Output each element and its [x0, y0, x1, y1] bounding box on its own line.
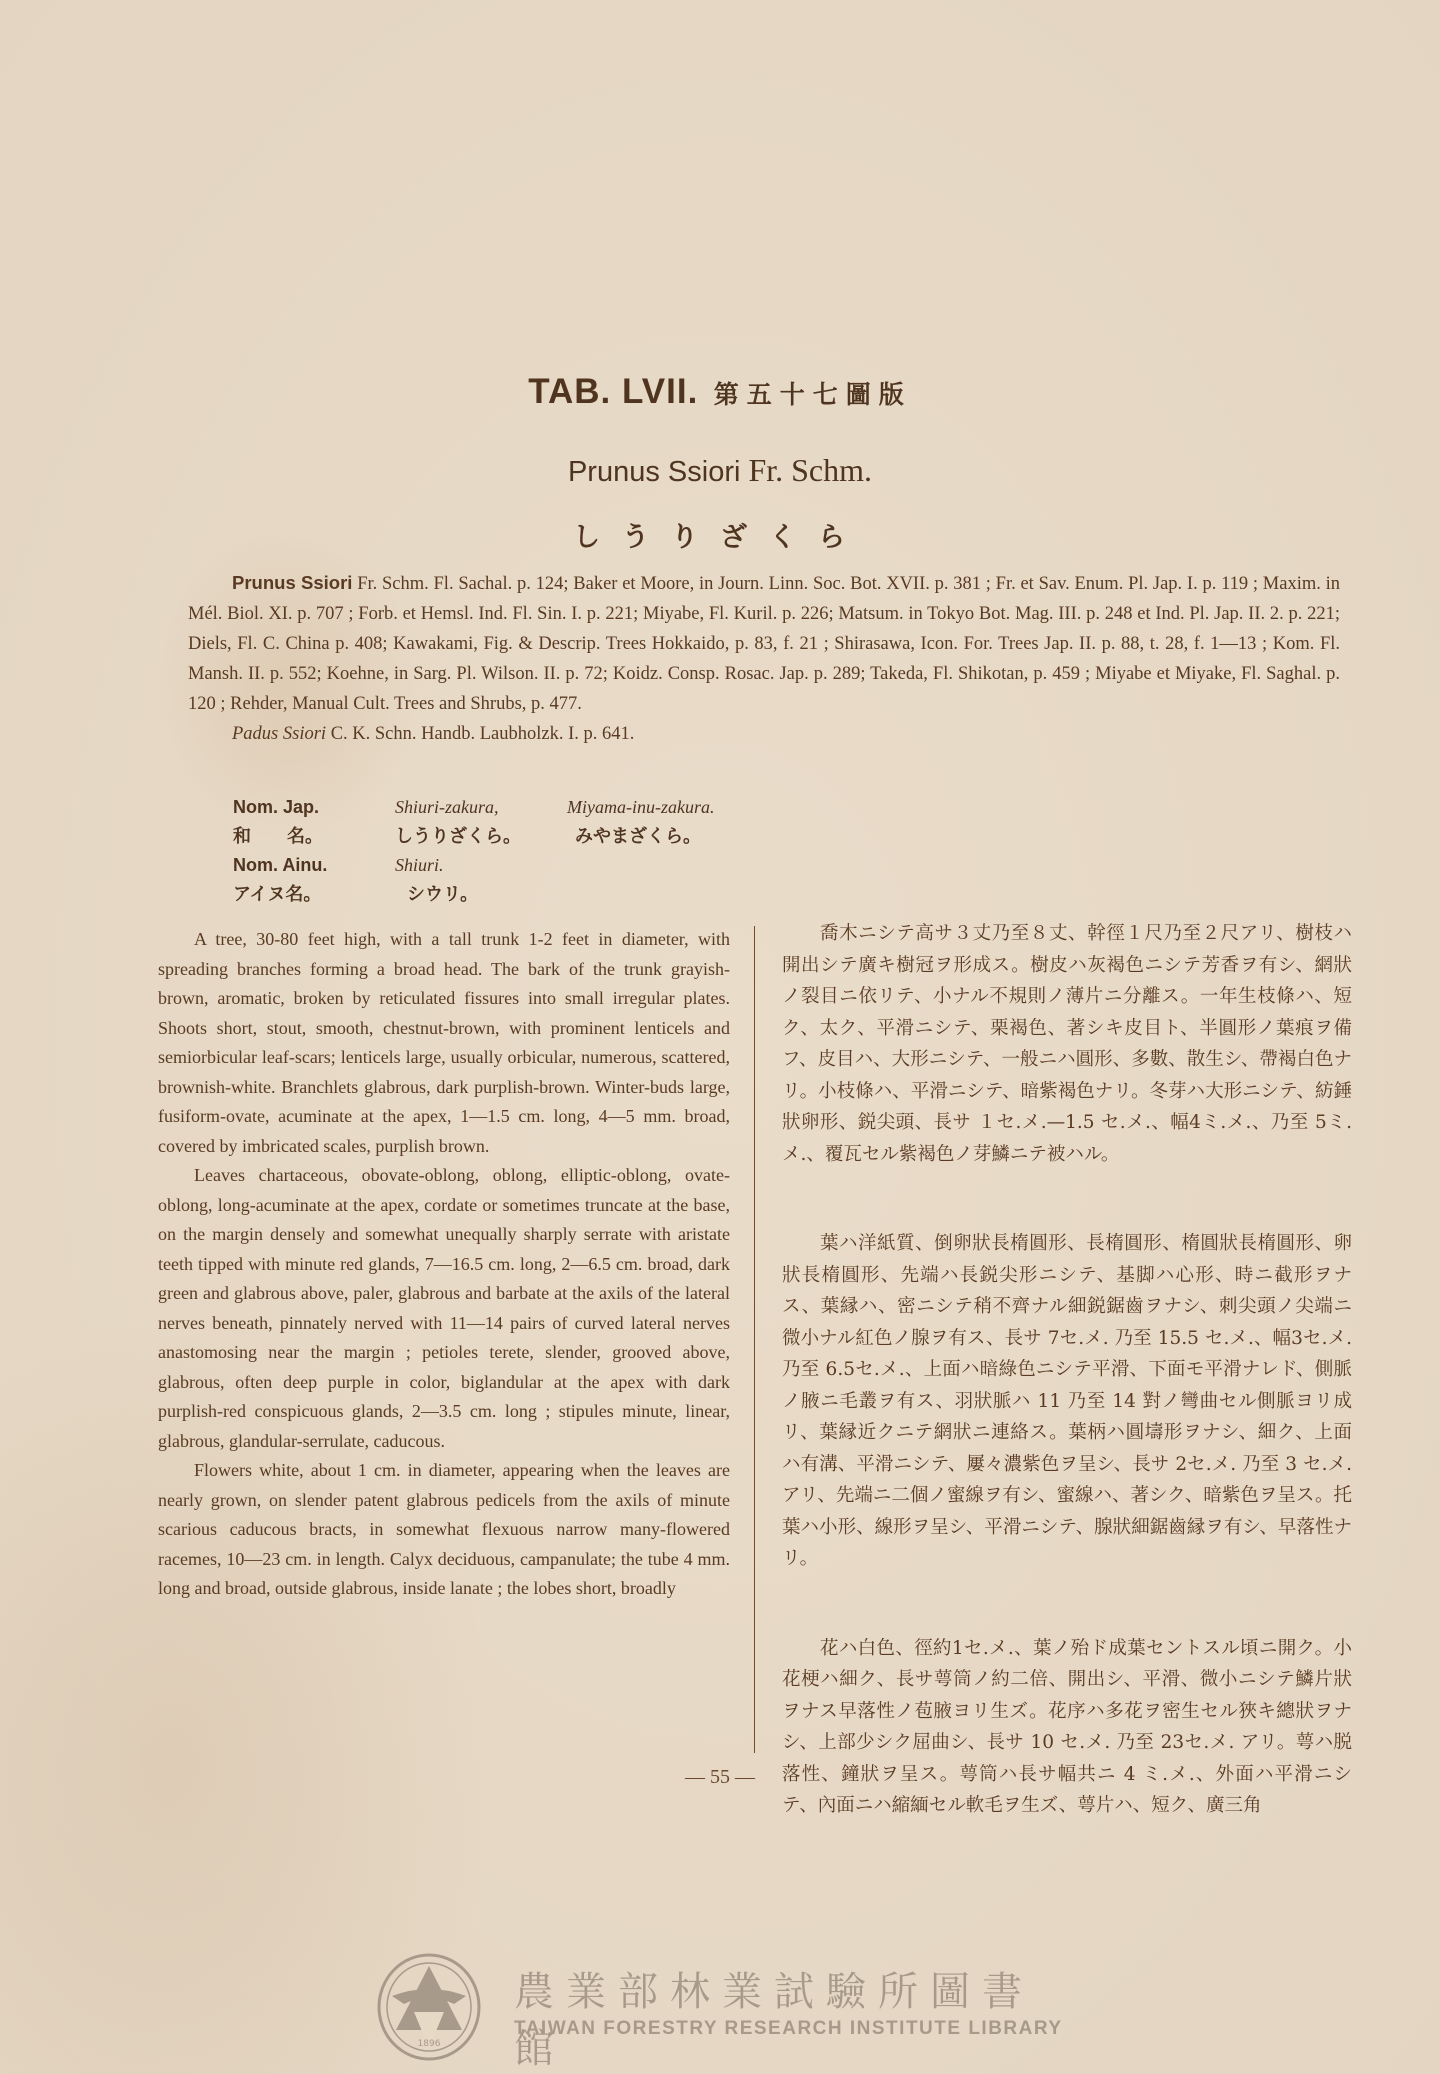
- japanese-common-name: しうりざくら: [0, 515, 1440, 554]
- nom-ainu-value: Shiuri.: [395, 851, 555, 880]
- library-watermark: 1896 農業部林業試驗所圖書館 TAIWAN FORESTRY RESEARC…: [374, 1952, 1074, 2062]
- english-paragraph-habit: A tree, 30-80 feet high, with a tall tru…: [158, 925, 730, 1161]
- nom-ainu-label: Nom. Ainu.: [233, 851, 395, 880]
- english-paragraph-leaves: Leaves chartaceous, obovate-oblong, oblo…: [158, 1161, 730, 1456]
- plate-number-japanese: 第五十七圖版: [714, 381, 912, 409]
- synonymy-alt-citation: C. K. Schn. Handb. Laubholzk. I. p. 641.: [331, 724, 635, 744]
- library-name-english: TAIWAN FORESTRY RESEARCH INSTITUTE LIBRA…: [514, 2018, 1063, 2040]
- nom-jap-label: Nom. Jap.: [233, 793, 395, 822]
- wamei-value-2: みやまざくら。: [575, 822, 701, 851]
- nom-jap-value-2: Miyama-inu-zakura.: [555, 793, 714, 822]
- plate-heading: TAB. LVII. 第五十七圖版: [0, 372, 1440, 412]
- page-number: — 55 —: [0, 1766, 1440, 1789]
- synonymy-block: Prunus Ssiori Fr. Schm. Fl. Sachal. p. 1…: [188, 568, 1340, 749]
- synonymy-main: Prunus Ssiori Fr. Schm. Fl. Sachal. p. 1…: [188, 568, 1340, 719]
- library-name-chinese: 農業部林業試驗所圖書館: [514, 1960, 1074, 2074]
- species-author: Fr. Schm.: [748, 452, 872, 488]
- column-divider: [754, 926, 755, 1753]
- english-paragraph-flowers: Flowers white, about 1 cm. in diameter, …: [158, 1456, 730, 1604]
- vernacular-names: Nom. Jap. Shiuri-zakura, Miyama-inu-zaku…: [233, 793, 714, 909]
- japanese-paragraph-habit: 喬木ニシテ高サ３丈乃至８丈、幹徑１尺乃至２尺アリ、樹枝ハ開出シテ廣キ樹冠ヲ形成ス…: [782, 918, 1352, 1170]
- japanese-paragraph-leaves: 葉ハ洋紙質、倒卵狀長楕圓形、長楕圓形、楕圓狀長楕圓形、卵狀長楕圓形、先端ハ長鋭尖…: [782, 1228, 1352, 1575]
- nom-jap-value-1: Shiuri-zakura,: [395, 793, 555, 822]
- synonymy-main-citations: Fr. Schm. Fl. Sachal. p. 124; Baker et M…: [188, 574, 1340, 714]
- wamei-row: 和 名。 しうりざくら。 みやまざくら。: [233, 822, 714, 851]
- wamei-value-1: しうりざくら。: [395, 822, 575, 851]
- synonymy-alt: Padus Ssiori C. K. Schn. Handb. Laubholz…: [188, 719, 1340, 749]
- plate-number-latin: TAB. LVII.: [528, 372, 698, 411]
- synonymy-main-name: Prunus Ssiori: [232, 572, 352, 593]
- japanese-paragraph-flowers: 花ハ白色、徑約1セ.メ.、葉ノ殆ド成葉セントスル頃ニ開ク。小花梗ハ細ク、長サ萼筒…: [782, 1633, 1352, 1822]
- nom-jap-row: Nom. Jap. Shiuri-zakura, Miyama-inu-zaku…: [233, 793, 714, 822]
- nom-ainu-row: Nom. Ainu. Shiuri.: [233, 851, 714, 880]
- ainu-name-value: シウリ。: [395, 880, 587, 909]
- institute-logo-icon: 1896: [374, 1952, 484, 2062]
- japanese-description: 喬木ニシテ高サ３丈乃至８丈、幹徑１尺乃至２尺アリ、樹枝ハ開出シテ廣キ樹冠ヲ形成ス…: [782, 918, 1352, 1822]
- wamei-label: 和 名。: [233, 822, 395, 851]
- synonymy-alt-name: Padus Ssiori: [232, 724, 326, 744]
- svg-text:1896: 1896: [418, 2039, 441, 2049]
- ainu-name-row: アイヌ名。 シウリ。: [233, 880, 714, 909]
- document-page: TAB. LVII. 第五十七圖版 Prunus Ssiori Fr. Schm…: [0, 0, 1440, 2074]
- species-title: Prunus Ssiori Fr. Schm.: [0, 452, 1440, 489]
- ainu-name-label: アイヌ名。: [233, 880, 395, 909]
- english-description: A tree, 30-80 feet high, with a tall tru…: [158, 925, 730, 1604]
- species-name: Prunus Ssiori: [568, 456, 740, 488]
